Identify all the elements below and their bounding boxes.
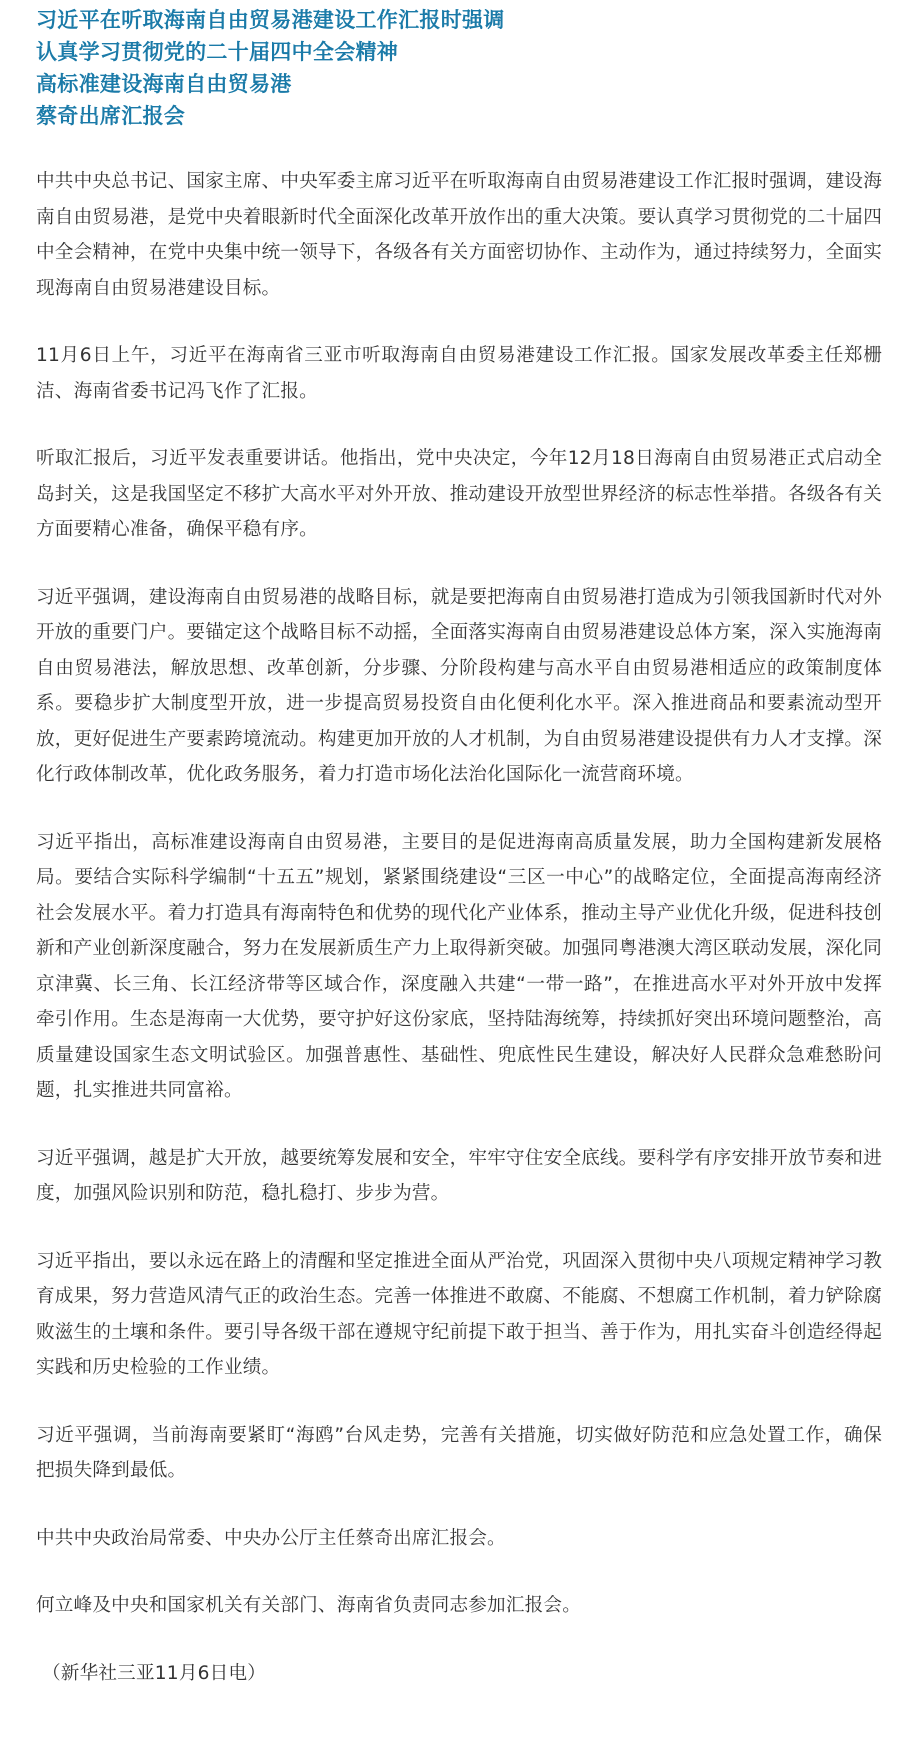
dateline: （新华社三亚11月6日电） bbox=[36, 1656, 882, 1692]
paragraph-security: 习近平强调，越是扩大开放，越要统筹发展和安全，牢牢守住安全底线。要科学有序安排开… bbox=[36, 1141, 882, 1212]
article-headline: 习近平在听取海南自由贸易港建设工作汇报时强调 认真学习贯彻党的二十届四中全会精神… bbox=[36, 4, 882, 132]
article-body: 中共中央总书记、国家主席、中央军委主席习近平在听取海南自由贸易港建设工作汇报时强… bbox=[36, 164, 882, 1691]
paragraph-typhoon: 习近平强调，当前海南要紧盯“海鸥”台风走势，完善有关措施，切实做好防范和应急处置… bbox=[36, 1418, 882, 1489]
news-article: 习近平在听取海南自由贸易港建设工作汇报时强调 认真学习贯彻党的二十届四中全会精神… bbox=[0, 0, 918, 1691]
paragraph-strategic-goal: 习近平强调，建设海南自由贸易港的战略目标，就是要把海南自由贸易港打造成为引领我国… bbox=[36, 580, 882, 793]
paragraph-high-quality-development: 习近平指出，高标准建设海南自由贸易港，主要目的是促进海南高质量发展，助力全国构建… bbox=[36, 825, 882, 1109]
paragraph-party-governance: 习近平指出，要以永远在路上的清醒和坚定推进全面从严治党，巩固深入贯彻中央八项规定… bbox=[36, 1244, 882, 1386]
paragraph-lead: 中共中央总书记、国家主席、中央军委主席习近平在听取海南自由贸易港建设工作汇报时强… bbox=[36, 164, 882, 306]
paragraph-attendees: 何立峰及中央和国家机关有关部门、海南省负责同志参加汇报会。 bbox=[36, 1588, 882, 1624]
paragraph-attendee-cai-qi: 中共中央政治局常委、中央办公厅主任蔡奇出席汇报会。 bbox=[36, 1521, 882, 1557]
headline-line-sub-3: 蔡奇出席汇报会 bbox=[36, 100, 882, 132]
paragraph-report-event: 11月6日上午，习近平在海南省三亚市听取海南自由贸易港建设工作汇报。国家发展改革… bbox=[36, 338, 882, 409]
paragraph-speech-intro: 听取汇报后，习近平发表重要讲话。他指出，党中央决定，今年12月18日海南自由贸易… bbox=[36, 441, 882, 548]
headline-line-sub-2: 高标准建设海南自由贸易港 bbox=[36, 68, 882, 100]
headline-line-main: 习近平在听取海南自由贸易港建设工作汇报时强调 bbox=[36, 4, 882, 36]
headline-line-sub-1: 认真学习贯彻党的二十届四中全会精神 bbox=[36, 36, 882, 68]
